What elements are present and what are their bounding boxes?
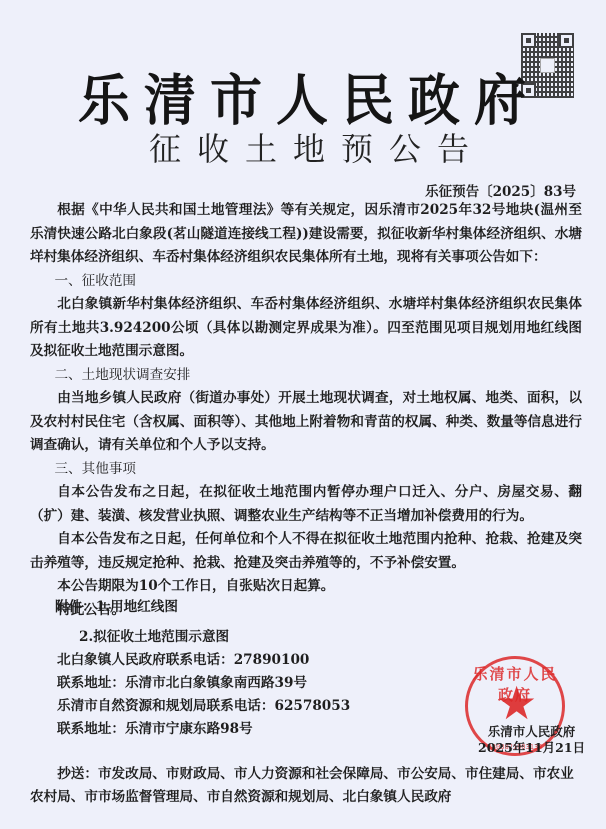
document-number: 乐征预告〔2025〕83号 <box>425 180 576 200</box>
contact-line: 乐清市自然资源和规划局联系电话：62578053 <box>57 695 350 718</box>
attachment-item: 2.拟征收土地范围示意图 <box>57 626 350 649</box>
signature-block: 乐清市人民政府 2025年11月21日 <box>478 724 585 756</box>
star-icon: ★ <box>496 683 536 723</box>
qr-finder-pattern <box>559 33 574 48</box>
contacts: 2.拟征收土地范围示意图 北白象镇人民政府联系电话：27890100 联系地址：… <box>57 626 350 741</box>
section-heading: 二、土地现状调查安排 <box>30 364 582 388</box>
issuer-name: 乐清市人民政府 <box>478 724 585 740</box>
section-paragraph: 北白象镇新华村集体经济组织、车岙村集体经济组织、水塘垟村集体经济组织农民集体所有… <box>30 293 582 364</box>
attachment-item: 附件：1.用地红线图 <box>55 596 178 619</box>
section-paragraph: 本公告期限为10个工作日，自张贴次日起算。 <box>30 575 582 599</box>
attachments: 附件：1.用地红线图 <box>55 596 178 619</box>
contact-line: 联系地址：乐清市北白象镇象南西路39号 <box>57 672 350 695</box>
section-paragraph: 由当地乡镇人民政府（街道办事处）开展土地现状调查，对土地权属、地类、面积，以及农… <box>30 387 582 458</box>
contact-line: 北白象镇人民政府联系电话：27890100 <box>57 649 350 672</box>
cc-list: 抄送：市发改局、市财政局、市人力资源和社会保障局、市公安局、市住建局、市农业农村… <box>30 763 582 809</box>
section-heading: 一、征收范围 <box>30 270 582 294</box>
section-heading: 三、其他事项 <box>30 458 582 482</box>
section-paragraph: 自本公告发布之日起，任何单位和个人不得在拟征收土地范围内抢种、抢栽、抢建及突击养… <box>30 528 582 575</box>
notice-document: 乐清市人民政府 征收土地预公告 乐征预告〔2025〕83号 根据《中华人民共和国… <box>0 0 606 829</box>
attachments-label: 附件： <box>55 599 96 615</box>
intro-paragraph: 根据《中华人民共和国土地管理法》等有关规定，因乐清市2025年32号地块(温州至… <box>30 199 582 270</box>
notice-body: 根据《中华人民共和国土地管理法》等有关规定，因乐清市2025年32号地块(温州至… <box>30 199 582 622</box>
section-paragraph: 自本公告发布之日起，在拟征收土地范围内暂停办理户口迁入、分户、房屋交易、翻（扩）… <box>30 481 582 528</box>
issue-date: 2025年11月21日 <box>478 740 585 756</box>
qr-finder-pattern <box>521 33 536 48</box>
notice-title: 征收土地预公告 <box>0 124 606 170</box>
contact-line: 联系地址：乐清市宁康东路98号 <box>57 718 350 741</box>
